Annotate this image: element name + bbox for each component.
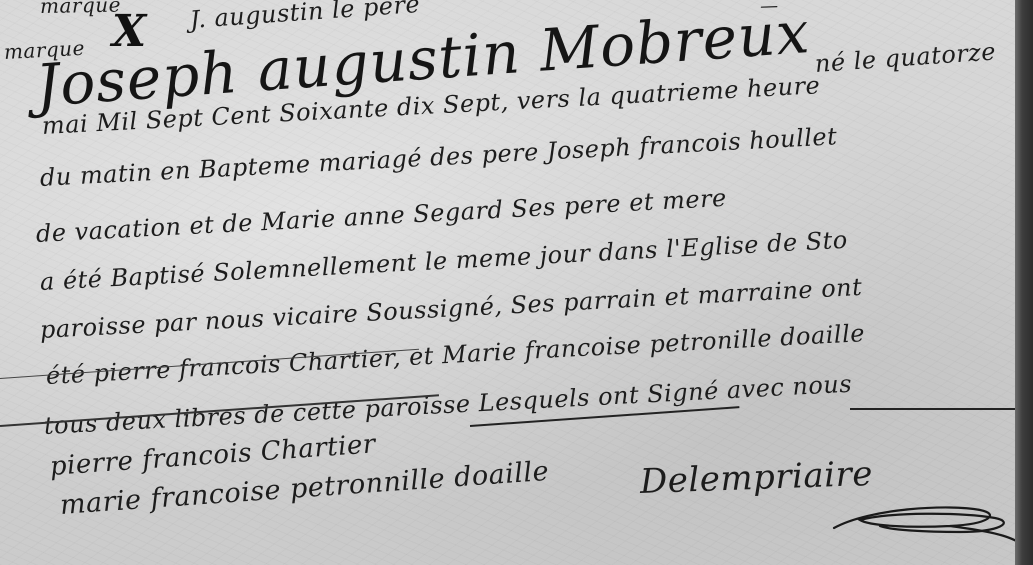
record-line-0: né le quatorze [814, 37, 997, 78]
signature-vicar: Delempriaire [639, 454, 873, 502]
closing-rule [850, 408, 1025, 410]
signature-flourish-icon [830, 500, 1020, 542]
page-edge-shadow [1015, 0, 1033, 565]
top-fragment-text: marque [40, 0, 121, 18]
scanned-register-page: marque — marque X J. augustin le pere Jo… [0, 0, 1033, 565]
